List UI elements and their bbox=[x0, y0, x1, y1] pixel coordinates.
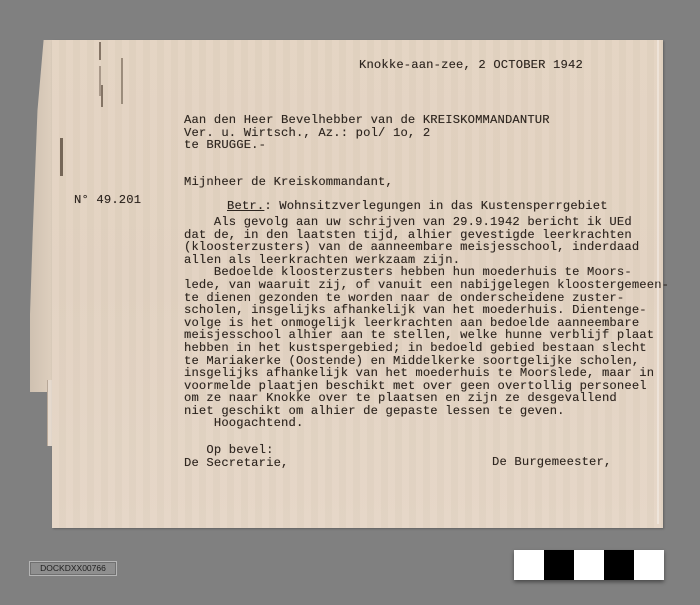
staple-hole-mark bbox=[101, 85, 103, 107]
body-line: (kloosterzusters) van de aanneembare mei… bbox=[184, 241, 669, 254]
signature-mayor: De Burgemeester, bbox=[492, 456, 611, 469]
body-line: scholen, insgelijks afhankelijk van het … bbox=[184, 304, 669, 317]
archive-document-id: DOCKDXX00766 bbox=[29, 561, 117, 576]
scale-block-white bbox=[634, 550, 664, 580]
signature-line: De Secretarie, bbox=[184, 457, 289, 470]
salutation: Mijnheer de Kreiskommandant, bbox=[184, 176, 393, 189]
staple-mark bbox=[60, 138, 63, 176]
letter-page: Knokke-aan-zee, 2 OCTOBER 1942 Aan den H… bbox=[52, 40, 663, 528]
closing: Hoogachtend. bbox=[184, 417, 303, 430]
scale-block-black bbox=[604, 550, 634, 580]
body-line: insgelijks afhankelijk van het moederhui… bbox=[184, 367, 669, 380]
date-line: Knokke-aan-zee, 2 OCTOBER 1942 bbox=[359, 59, 583, 72]
subject-label: Betr. bbox=[227, 199, 264, 213]
subject-line: Betr.: Wohnsitzverlegungen in das Kusten… bbox=[227, 200, 608, 213]
staple-hole-mark bbox=[121, 58, 123, 104]
staple-hole-mark bbox=[99, 42, 101, 60]
letter-body: Als gevolg aan uw schrijven van 29.9.194… bbox=[184, 216, 669, 418]
addressee-line: te BRUGGE.- bbox=[184, 139, 550, 152]
color-calibration-scale bbox=[514, 550, 664, 580]
body-line: Als gevolg aan uw schrijven van 29.9.194… bbox=[184, 216, 669, 229]
scale-block-black bbox=[544, 550, 574, 580]
addressee-block: Aan den Heer Bevelhebber van de KREISKOM… bbox=[184, 114, 550, 152]
signature-secretary: Op bevel:De Secretarie, bbox=[184, 444, 289, 469]
subject-text: : Wohnsitzverlegungen in das Kustensperr… bbox=[264, 199, 607, 213]
scale-block-white bbox=[514, 550, 544, 580]
body-line: hebben in het kustspergebied; in bedoeld… bbox=[184, 342, 669, 355]
body-line: lede, van waaruit zij, of vanuit een nab… bbox=[184, 279, 669, 292]
signature-line: Op bevel: bbox=[184, 444, 289, 457]
addressee-line: Aan den Heer Bevelhebber van de KREISKOM… bbox=[184, 114, 550, 127]
scale-block-white bbox=[574, 550, 604, 580]
reference-number: N° 49.201 bbox=[74, 194, 141, 207]
